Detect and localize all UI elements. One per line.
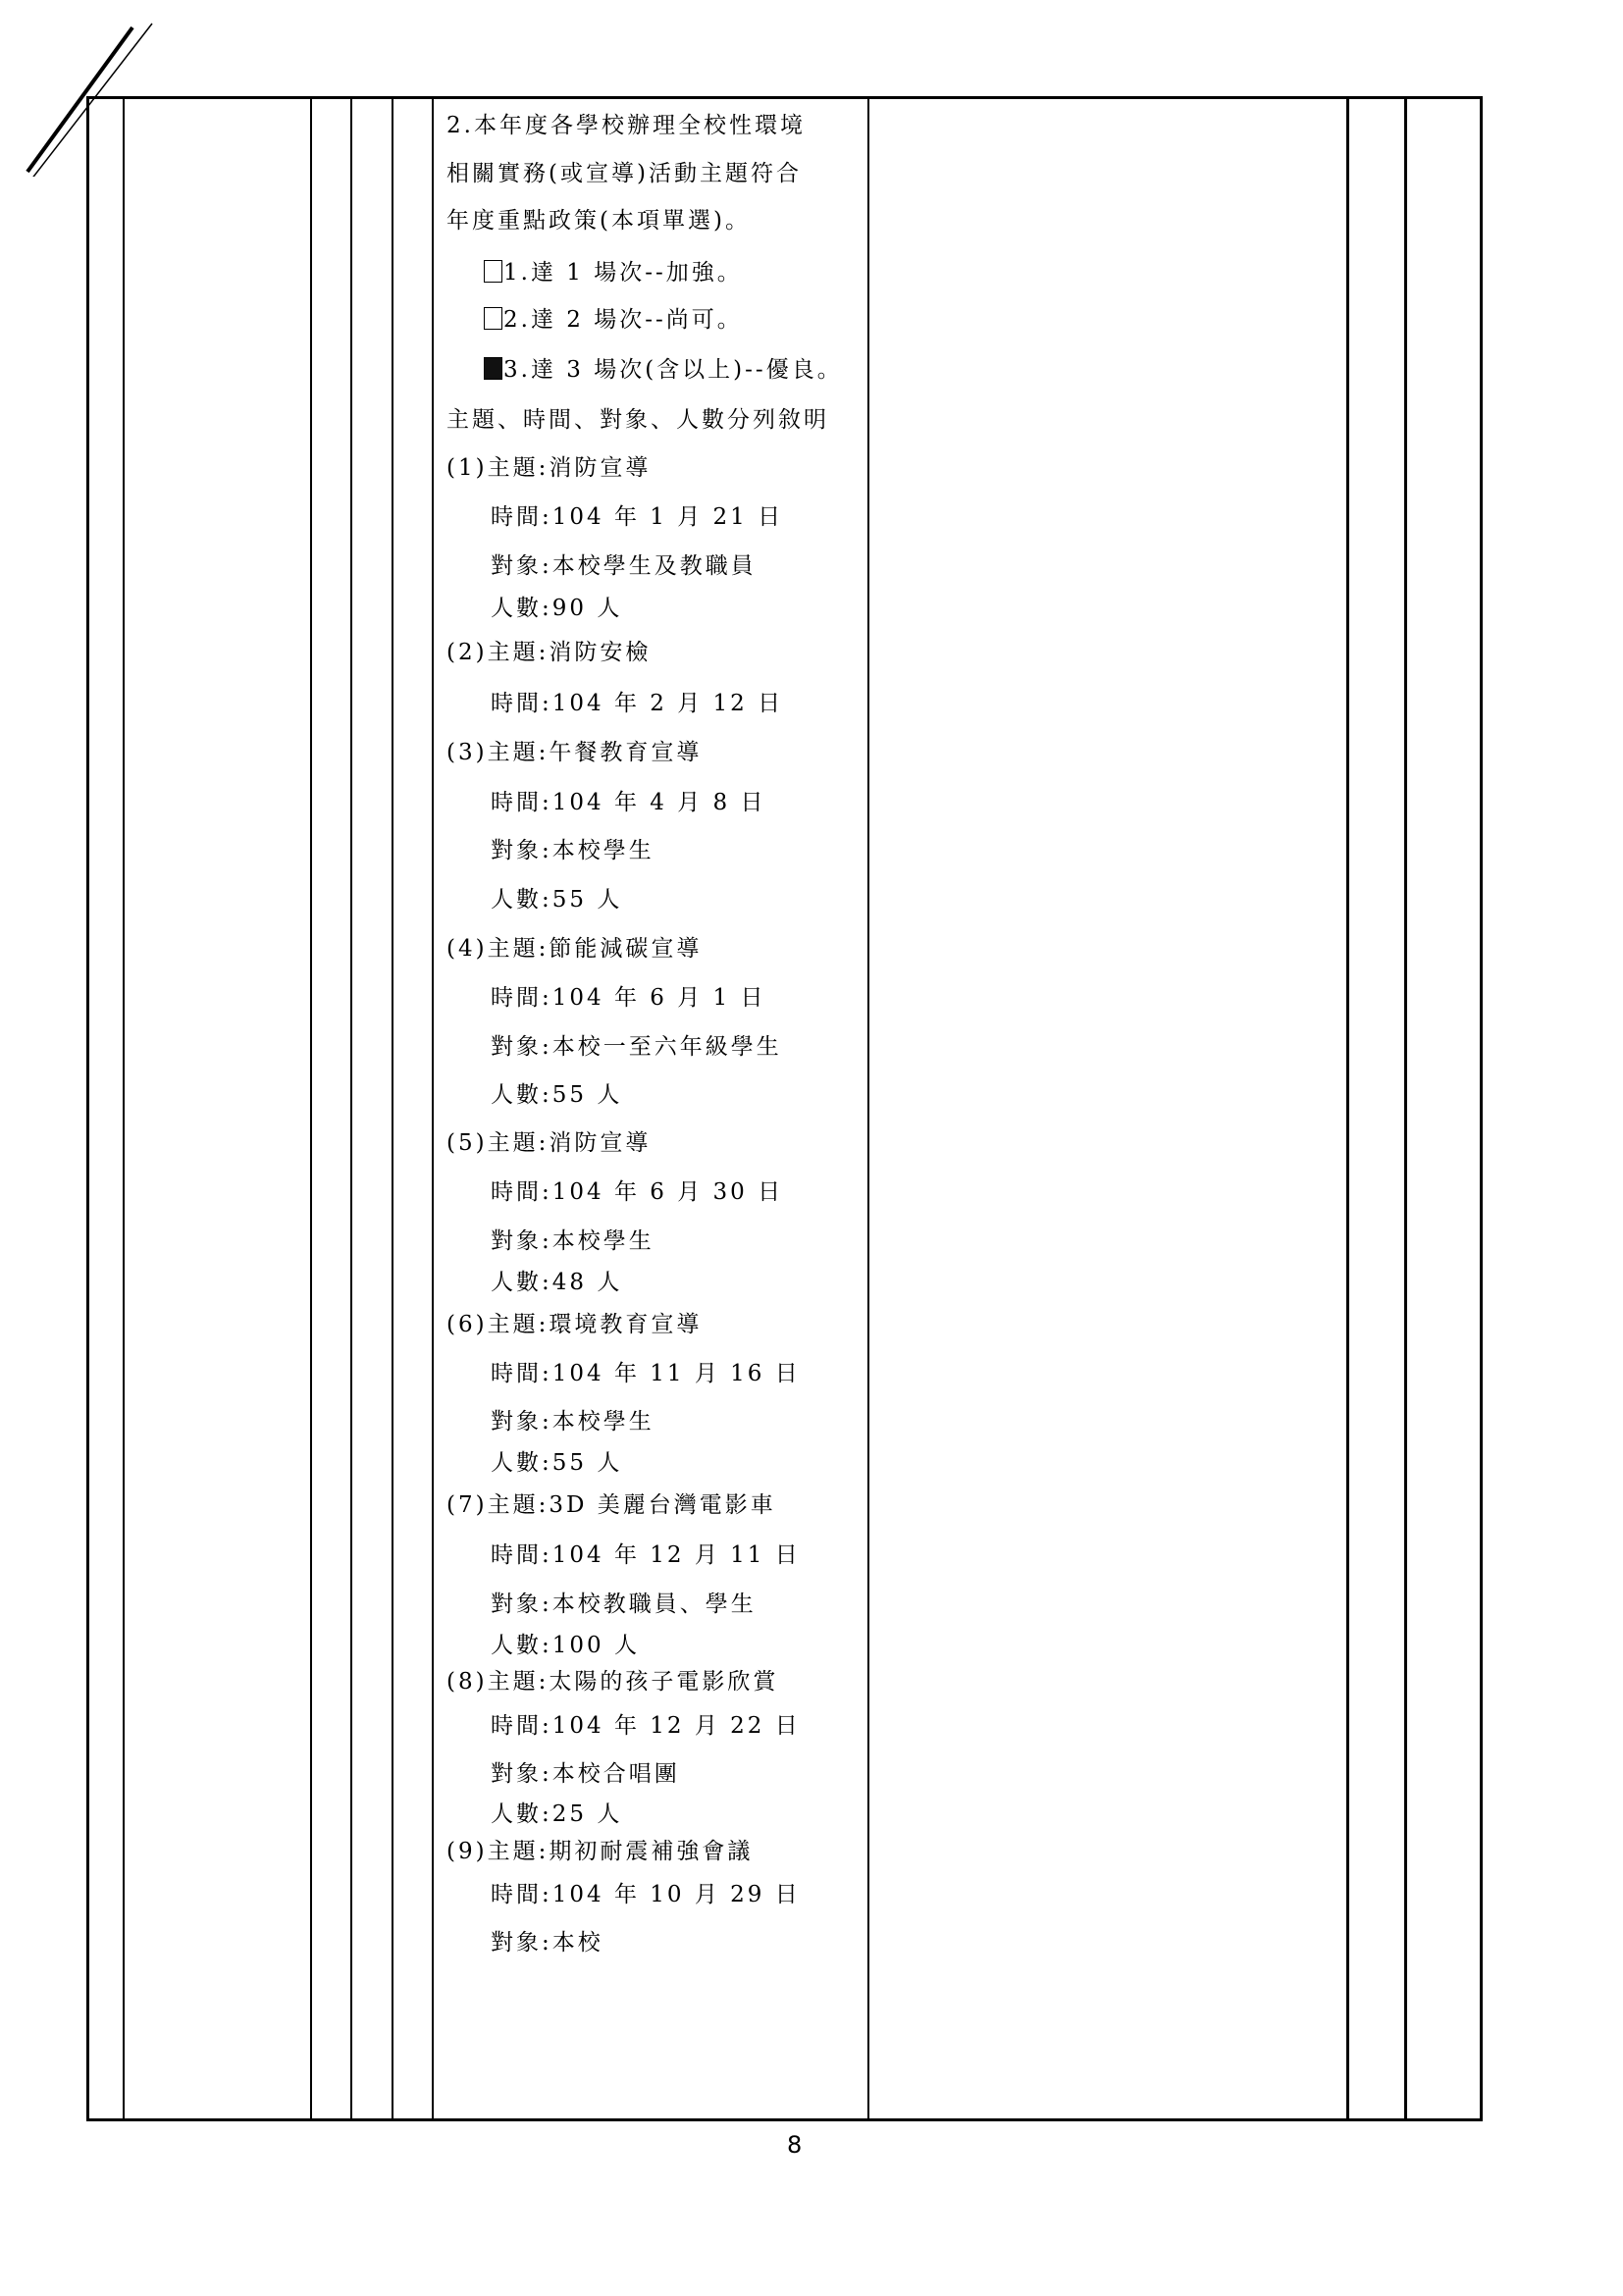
activity-count: 人數:55 人 xyxy=(491,1080,622,1110)
activity-topic: (1)主題:消防宣導 xyxy=(446,453,651,483)
activity-time: 時間:104 年 10 月 29 日 xyxy=(491,1880,801,1909)
activity-topic: (7)主題:3D 美麗台灣電影車 xyxy=(446,1490,776,1520)
activity-topic: (8)主題:太陽的孩子電影欣賞 xyxy=(446,1667,778,1696)
activity-time: 時間:104 年 1 月 21 日 xyxy=(491,502,783,532)
option-label: 1.達 1 場次--加強。 xyxy=(503,260,743,286)
activity-audience: 對象:本校學生 xyxy=(491,836,654,865)
activity-audience: 對象:本校學生 xyxy=(491,1407,654,1436)
column-divider xyxy=(1404,96,1407,2121)
summary-heading: 主題、時間、對象、人數分列敘明 xyxy=(446,405,829,435)
activity-audience: 對象:本校學生及教職員 xyxy=(491,551,757,581)
page-number: 8 xyxy=(787,2131,802,2159)
option-label: 3.達 3 場次(含以上)--優良。 xyxy=(503,357,843,383)
activity-topic: (2)主題:消防安檢 xyxy=(446,638,651,667)
activity-audience: 對象:本校合唱團 xyxy=(491,1759,680,1789)
activity-topic: (6)主題:環境教育宣導 xyxy=(446,1310,702,1339)
option-1[interactable]: 1.達 1 場次--加強。 xyxy=(484,258,743,287)
column-divider xyxy=(123,96,125,2121)
criterion-title-line: 年度重點政策(本項單選)。 xyxy=(446,206,751,235)
activity-count: 人數:55 人 xyxy=(491,1448,622,1478)
column-divider xyxy=(392,96,393,2121)
document-page: 2.本年度各學校辦理全校性環境 相關實務(或宣導)活動主題符合 年度重點政策(本… xyxy=(0,0,1623,2296)
activity-time: 時間:104 年 4 月 8 日 xyxy=(491,788,765,817)
activity-count: 人數:25 人 xyxy=(491,1800,622,1829)
activity-topic: (3)主題:午餐教育宣導 xyxy=(446,738,702,767)
option-3[interactable]: 3.達 3 場次(含以上)--優良。 xyxy=(484,355,843,385)
activity-count: 人數:55 人 xyxy=(491,885,622,914)
activity-time: 時間:104 年 12 月 22 日 xyxy=(491,1711,801,1741)
column-divider xyxy=(350,96,352,2121)
checkbox-unchecked-icon[interactable] xyxy=(484,260,502,283)
column-divider xyxy=(1346,96,1349,2121)
criterion-title-line: 相關實務(或宣導)活動主題符合 xyxy=(446,159,802,188)
table-border-right xyxy=(1480,96,1483,2121)
table-border-left xyxy=(86,96,89,2121)
column-divider xyxy=(867,96,869,2121)
checkbox-unchecked-icon[interactable] xyxy=(484,307,502,330)
activity-count: 人數:48 人 xyxy=(491,1268,622,1297)
activity-time: 時間:104 年 12 月 11 日 xyxy=(491,1540,801,1570)
activity-audience: 對象:本校 xyxy=(491,1928,603,1957)
activity-time: 時間:104 年 6 月 30 日 xyxy=(491,1177,783,1207)
activity-time: 時間:104 年 2 月 12 日 xyxy=(491,689,783,718)
content-cell: 2.本年度各學校辦理全校性環境 相關實務(或宣導)活動主題符合 年度重點政策(本… xyxy=(446,0,864,2296)
activity-topic: (4)主題:節能減碳宣導 xyxy=(446,934,702,964)
activity-topic: (5)主題:消防宣導 xyxy=(446,1128,651,1158)
option-label: 2.達 2 場次--尚可。 xyxy=(503,307,743,333)
activity-time: 時間:104 年 11 月 16 日 xyxy=(491,1359,801,1388)
column-divider xyxy=(310,96,312,2121)
checkbox-checked-icon[interactable] xyxy=(484,357,502,380)
activity-time: 時間:104 年 6 月 1 日 xyxy=(491,983,765,1013)
activity-count: 人數:100 人 xyxy=(491,1631,640,1660)
column-divider xyxy=(432,96,434,2121)
activity-audience: 對象:本校學生 xyxy=(491,1226,654,1256)
activity-audience: 對象:本校一至六年級學生 xyxy=(491,1032,782,1062)
activity-audience: 對象:本校教職員、學生 xyxy=(491,1590,757,1619)
option-2[interactable]: 2.達 2 場次--尚可。 xyxy=(484,305,743,335)
activity-topic: (9)主題:期初耐震補強會議 xyxy=(446,1837,753,1866)
criterion-title-line: 2.本年度各學校辦理全校性環境 xyxy=(446,111,806,140)
activity-count: 人數:90 人 xyxy=(491,594,622,623)
